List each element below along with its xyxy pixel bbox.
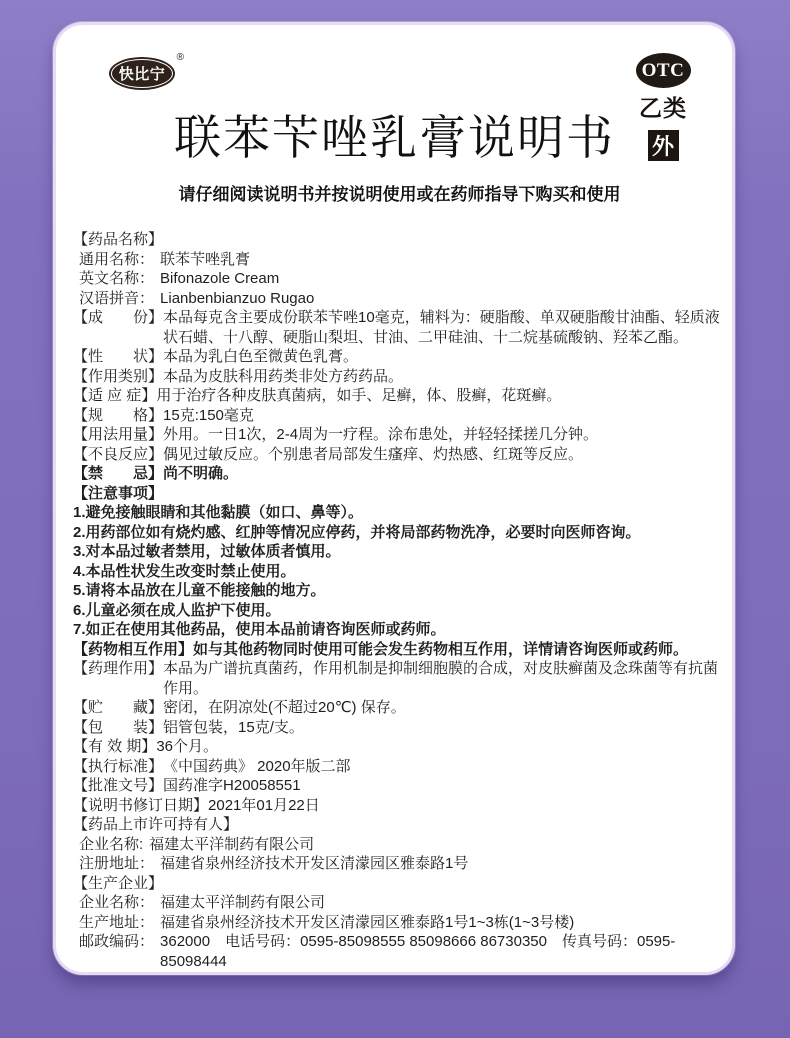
row-precautions-heading: 【注意事项】 xyxy=(73,484,726,504)
row-contraindications: 【禁 忌】尚不明确。 xyxy=(73,464,726,484)
row-text: 7.如正在使用其他药品，使用本品前请咨询医师或药师。 xyxy=(73,620,726,640)
row-label: 网 址： xyxy=(79,971,154,975)
row-shelf-life: 【有 效 期】36个月。 xyxy=(73,737,726,757)
row-license-holder-heading: 【药品上市许可持有人】 xyxy=(73,815,726,835)
row-text: Lianbenbianzuo Rugao xyxy=(160,289,726,309)
row-text: 本品为乳白色至微黄色乳膏。 xyxy=(163,347,726,367)
row-text: 福建省泉州经济技术开发区清濛园区雅泰路1号1~3栋(1~3号楼) xyxy=(160,913,726,933)
row-text: 福建太平洋制药有限公司 xyxy=(160,893,726,913)
row-label: 邮政编码： xyxy=(79,932,154,952)
row-text: 铝管包装，15克/支。 xyxy=(163,718,726,738)
row-executive-standard: 【执行标准】《中国药典》 2020年版二部 xyxy=(73,757,726,777)
row-text: 36个月。 xyxy=(156,737,726,757)
row-text: 福建太平洋制药有限公司 xyxy=(149,835,726,855)
otc-badge-stack: OTC 乙类 外 xyxy=(634,53,692,161)
row-label: 【生产企业】 xyxy=(73,874,163,894)
row-text: 4.本品性状发生改变时禁止使用。 xyxy=(73,562,726,582)
row-text: 2.用药部位如有烧灼感、红肿等情况应停药，并将局部药物洗净，必要时向医师咨询。 xyxy=(73,523,726,543)
row-label: 【药品上市许可持有人】 xyxy=(73,815,238,835)
row-label: 【不良反应】 xyxy=(73,445,163,465)
row-label: 【药理作用】 xyxy=(73,659,163,679)
brand-logo: 快比宁 ® xyxy=(109,57,175,90)
row-dosage: 【用法用量】外用。一日1次，2-4周为一疗程。涂布患处，并轻轻揉搓几分钟。 xyxy=(73,425,726,445)
row-generic-name: 通用名称：联苯苄唑乳膏 xyxy=(73,250,726,270)
row-label: 【成 份】 xyxy=(73,308,163,328)
row-text: 3.对本品过敏者禁用，过敏体质者慎用。 xyxy=(73,542,726,562)
row-precaution-2: 2.用药部位如有烧灼感、红肿等情况应停药，并将局部药物洗净，必要时向医师咨询。 xyxy=(73,523,726,543)
row-text: 6.儿童必须在成人监护下使用。 xyxy=(73,601,726,621)
row-label: 【适 应 症】 xyxy=(73,386,156,406)
leaflet-card: 快比宁 ® OTC 乙类 外 联苯苄唑乳膏说明书 请仔细阅读说明书并按说明使用或… xyxy=(53,22,735,975)
row-manufacturer-address: 生产地址：福建省泉州经济技术开发区清濛园区雅泰路1号1~3栋(1~3号楼) xyxy=(73,913,726,933)
row-revision-date: 【说明书修订日期】2021年01月22日 xyxy=(73,796,726,816)
row-text: 尚不明确。 xyxy=(163,464,726,484)
row-action-category: 【作用类别】本品为皮肤科用药类非处方药药品。 xyxy=(73,367,726,387)
row-text: 偶见过敏反应。个别患者局部发生瘙痒、灼热感、红斑等反应。 xyxy=(163,445,726,465)
row-pharmacology: 【药理作用】本品为广谱抗真菌药，作用机制是抑制细胞膜的合成，对皮肤癣菌及念珠菌等… xyxy=(73,659,726,698)
row-text: 本品为皮肤科用药类非处方药药品。 xyxy=(163,367,726,387)
row-label: 生产地址： xyxy=(79,913,154,933)
brand-logo-text: 快比宁 xyxy=(112,60,172,87)
row-manufacturer-name: 企业名称：福建太平洋制药有限公司 xyxy=(73,893,726,913)
row-precaution-1: 1.避免接触眼睛和其他黏膜（如口、鼻等）。 xyxy=(73,503,726,523)
row-text: 15克:150毫克 xyxy=(163,406,726,426)
row-label: 【药品名称】 xyxy=(73,230,163,250)
row-text: www.pacific-pharmacy.com xyxy=(160,971,726,975)
row-text: 362000 电话号码：0595-85098555 85098666 86730… xyxy=(160,932,726,971)
row-description: 【性 状】本品为乳白色至微黄色乳膏。 xyxy=(73,347,726,367)
row-storage: 【贮 藏】密闭，在阴凉处(不超过20℃) 保存。 xyxy=(73,698,726,718)
otc-badge: OTC xyxy=(636,53,691,88)
page-title: 联苯苄唑乳膏说明书 xyxy=(103,101,686,168)
row-label: 【禁 忌】 xyxy=(73,464,163,484)
row-label: 注册地址： xyxy=(79,854,154,874)
row-text: 国药准字H20058551 xyxy=(163,776,726,796)
row-label: 【贮 藏】 xyxy=(73,698,163,718)
row-ingredients: 【成 份】本品每克含主要成份联苯苄唑10毫克，辅料为：硬脂酸、单双硬脂酸甘油酯、… xyxy=(73,308,726,347)
row-manufacturer-heading: 【生产企业】 xyxy=(73,874,726,894)
row-text: 外用。一日1次，2-4周为一疗程。涂布患处，并轻轻揉搓几分钟。 xyxy=(163,425,726,445)
row-precaution-6: 6.儿童必须在成人监护下使用。 xyxy=(73,601,726,621)
row-label: 【有 效 期】 xyxy=(73,737,156,757)
row-precaution-7: 7.如正在使用其他药品，使用本品前请咨询医师或药师。 xyxy=(73,620,726,640)
external-use-badge: 外 xyxy=(648,130,679,161)
row-label: 企业名称: xyxy=(79,835,143,855)
otc-class-label: 乙类 xyxy=(639,90,687,123)
row-label: 【说明书修订日期】 xyxy=(73,796,208,816)
row-label: 【包 装】 xyxy=(73,718,163,738)
row-drug-name-heading: 【药品名称】 xyxy=(73,230,726,250)
row-text: Bifonazole Cream xyxy=(160,269,726,289)
row-text: 联苯苄唑乳膏 xyxy=(160,250,726,270)
row-text: 本品为广谱抗真菌药，作用机制是抑制细胞膜的合成，对皮肤癣菌及念珠菌等有抗菌作用。 xyxy=(163,659,726,698)
row-label: 【规 格】 xyxy=(73,406,163,426)
row-text: 本品每克含主要成份联苯苄唑10毫克，辅料为：硬脂酸、单双硬脂酸甘油酯、轻质液状石… xyxy=(163,308,726,347)
leaflet-body: 【药品名称】 通用名称：联苯苄唑乳膏 英文名称：Bifonazole Cream… xyxy=(73,230,726,975)
row-text: 2021年01月22日 xyxy=(208,796,726,816)
row-holder-company-name: 企业名称:福建太平洋制药有限公司 xyxy=(73,835,726,855)
row-text: 1.避免接触眼睛和其他黏膜（如口、鼻等）。 xyxy=(73,503,726,523)
row-text: 如与其他药物同时使用可能会发生药物相互作用，详情请咨询医师或药师。 xyxy=(193,640,726,660)
row-pinyin-name: 汉语拼音：Lianbenbianzuo Rugao xyxy=(73,289,726,309)
row-label: 汉语拼音： xyxy=(79,289,154,309)
row-indications: 【适 应 症】用于治疗各种皮肤真菌病，如手、足癣，体、股癣，花斑癣。 xyxy=(73,386,726,406)
row-label: 【批准文号】 xyxy=(73,776,163,796)
row-approval-number: 【批准文号】国药准字H20058551 xyxy=(73,776,726,796)
row-text: 《中国药典》 2020年版二部 xyxy=(163,757,726,777)
page-subtitle: 请仔细阅读说明书并按说明使用或在药师指导下购买和使用 xyxy=(73,180,726,205)
row-text: 用于治疗各种皮肤真菌病，如手、足癣，体、股癣，花斑癣。 xyxy=(156,386,726,406)
registered-trademark-icon: ® xyxy=(177,52,184,63)
row-precaution-5: 5.请将本品放在儿童不能接触的地方。 xyxy=(73,581,726,601)
row-english-name: 英文名称：Bifonazole Cream xyxy=(73,269,726,289)
row-label: 【注意事项】 xyxy=(73,484,163,504)
row-label: 【性 状】 xyxy=(73,347,163,367)
row-website: 网 址：www.pacific-pharmacy.com xyxy=(73,971,726,975)
row-packaging: 【包 装】铝管包装，15克/支。 xyxy=(73,718,726,738)
row-precaution-3: 3.对本品过敏者禁用，过敏体质者慎用。 xyxy=(73,542,726,562)
row-text: 福建省泉州经济技术开发区清濛园区雅泰路1号 xyxy=(160,854,726,874)
row-label: 【用法用量】 xyxy=(73,425,163,445)
row-specification: 【规 格】15克:150毫克 xyxy=(73,406,726,426)
row-text: 密闭，在阴凉处(不超过20℃) 保存。 xyxy=(163,698,726,718)
row-text: 5.请将本品放在儿童不能接触的地方。 xyxy=(73,581,726,601)
row-postal-phone-fax: 邮政编码：362000 电话号码：0595-85098555 85098666 … xyxy=(73,932,726,971)
row-label: 通用名称： xyxy=(79,250,154,270)
row-label: 【执行标准】 xyxy=(73,757,163,777)
row-label: 【作用类别】 xyxy=(73,367,163,387)
row-label: 企业名称： xyxy=(79,893,154,913)
row-adverse-reactions: 【不良反应】偶见过敏反应。个别患者局部发生瘙痒、灼热感、红斑等反应。 xyxy=(73,445,726,465)
row-label: 英文名称： xyxy=(79,269,154,289)
row-holder-registered-address: 注册地址：福建省泉州经济技术开发区清濛园区雅泰路1号 xyxy=(73,854,726,874)
row-precaution-4: 4.本品性状发生改变时禁止使用。 xyxy=(73,562,726,582)
row-label: 【药物相互作用】 xyxy=(73,640,193,660)
row-drug-interactions: 【药物相互作用】如与其他药物同时使用可能会发生药物相互作用，详情请咨询医师或药师… xyxy=(73,640,726,660)
